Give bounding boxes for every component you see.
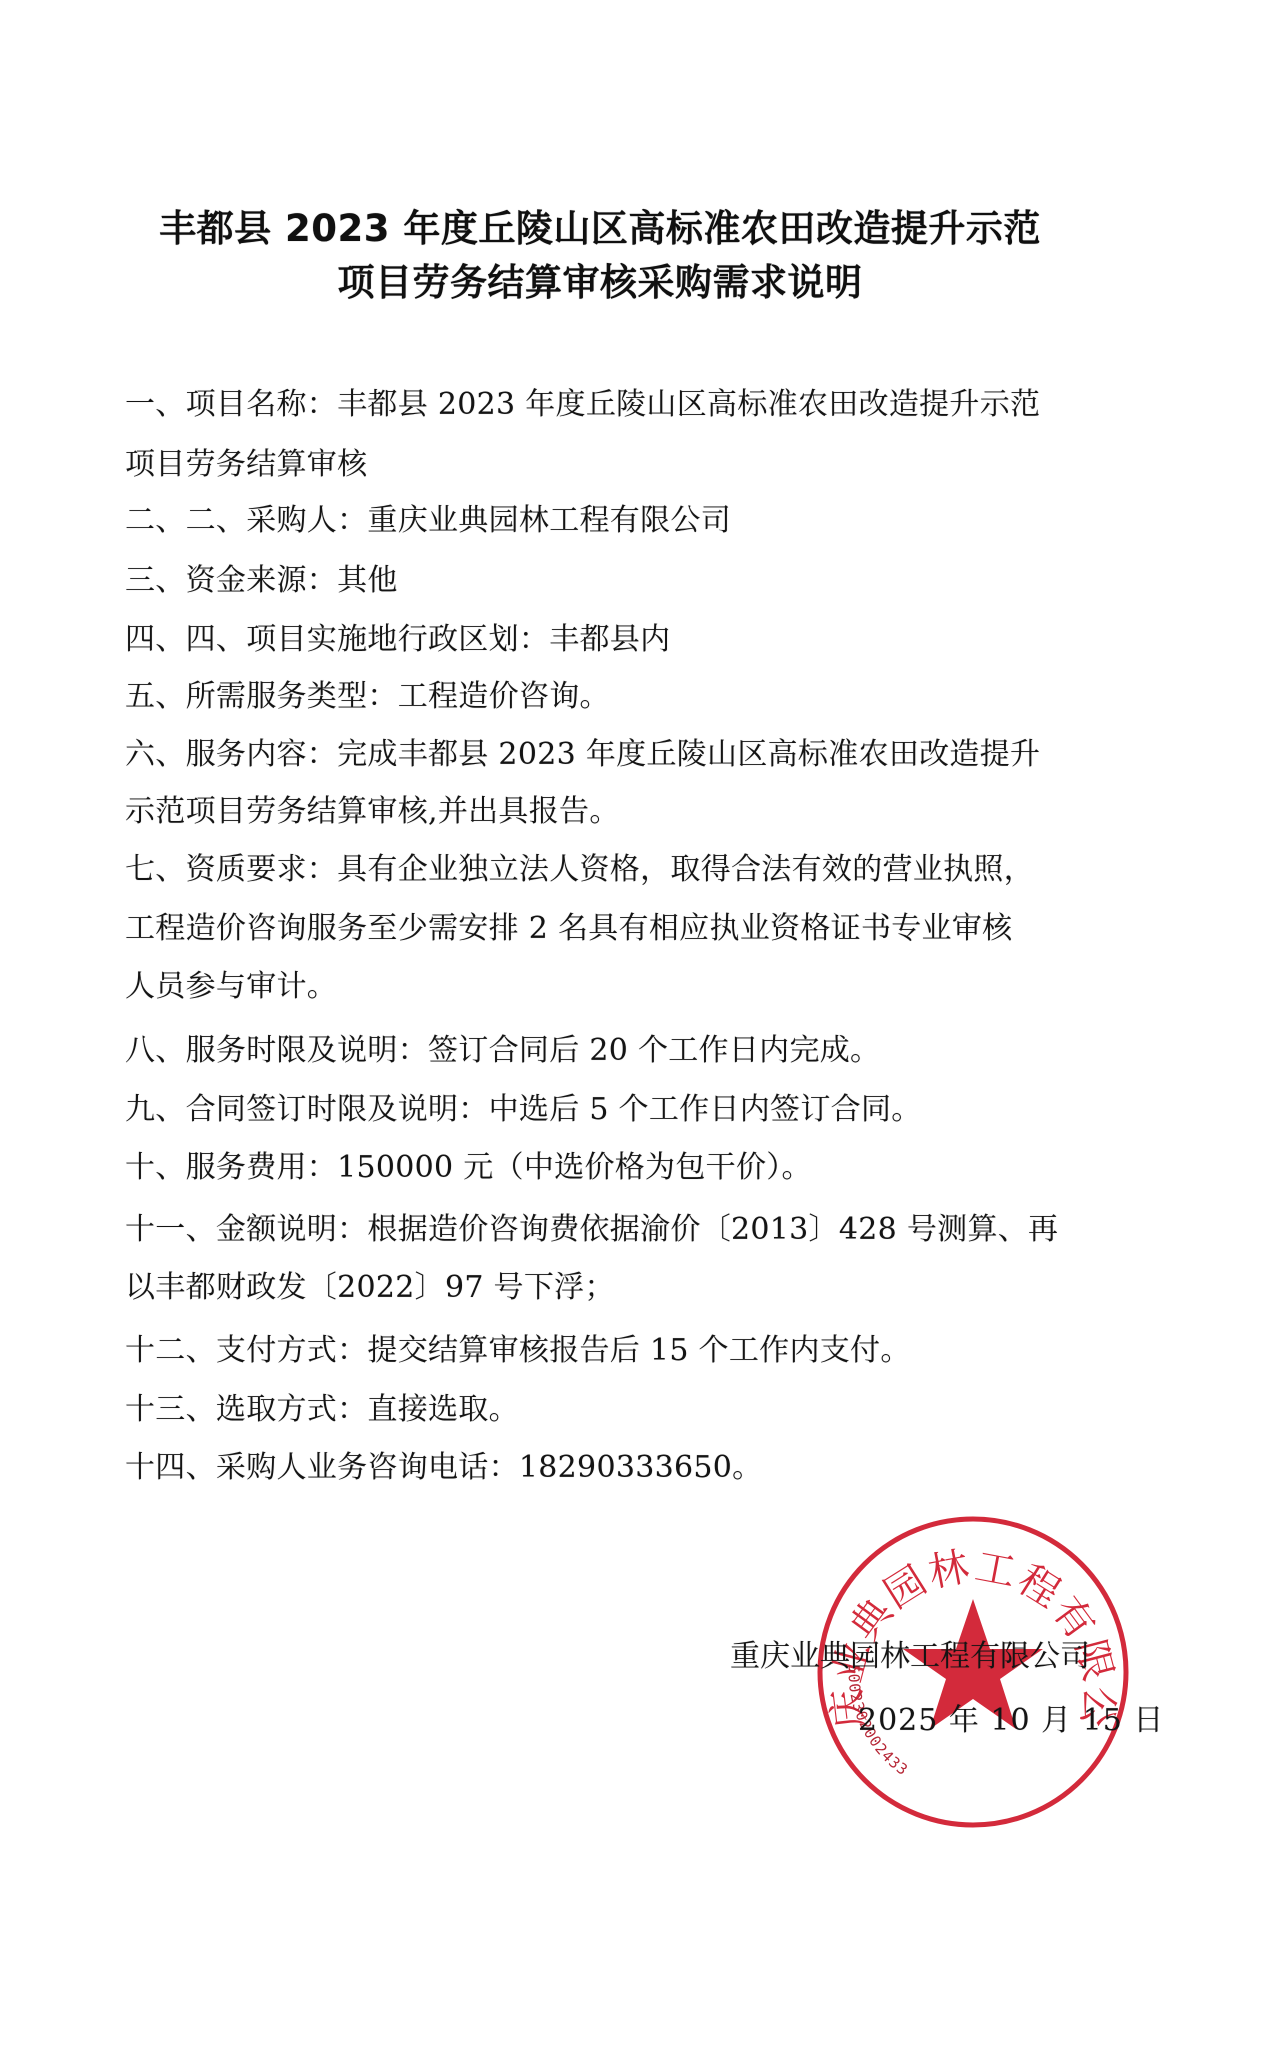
item-6-service-content-cont: 示范项目劳务结算审核,并出具报告。	[125, 797, 620, 827]
item-12-payment-method: 十二、支付方式：提交结算审核报告后 15 个工作内支付。	[125, 1336, 911, 1366]
signature-company: 重庆业典园林工程有限公司	[730, 1642, 1090, 1672]
item-14-contact-phone: 十四、采购人业务咨询电话：18290333650。	[125, 1453, 762, 1483]
item-6-service-content: 六、服务内容：完成丰都县 2023 年度丘陵山区高标准农田改造提升	[125, 740, 1040, 770]
item-1-project-name-cont: 项目劳务结算审核	[125, 450, 367, 480]
item-10-service-fee: 十、服务费用：150000 元（中选价格为包干价）。	[125, 1153, 812, 1183]
item-3-fund-source: 三、资金来源：其他	[125, 566, 398, 596]
item-9-contract-period: 九、合同签订时限及说明：中选后 5 个工作日内签订合同。	[125, 1095, 922, 1125]
item-7-qualification-cont-1: 工程造价咨询服务至少需安排 2 名具有相应执业资格证书专业审核	[125, 914, 1012, 944]
item-2-purchaser: 二、二、采购人：重庆业典园林工程有限公司	[125, 506, 731, 536]
document-title-line-1: 丰都县 2023 年度丘陵山区高标准农田改造提升示范	[100, 210, 1100, 247]
document-page: 丰都县 2023 年度丘陵山区高标准农田改造提升示范 项目劳务结算审核采购需求说…	[0, 0, 1279, 2068]
item-8-service-period: 八、服务时限及说明：签订合同后 20 个工作日内完成。	[125, 1036, 880, 1066]
item-11-amount-note-cont: 以丰都财政发〔2022〕97 号下浮；	[125, 1273, 615, 1303]
item-1-project-name: 一、项目名称：丰都县 2023 年度丘陵山区高标准农田改造提升示范	[125, 390, 1040, 420]
item-5-service-type: 五、所需服务类型：工程造价咨询。	[125, 682, 610, 712]
item-13-selection-method: 十三、选取方式：直接选取。	[125, 1395, 519, 1425]
item-11-amount-note: 十一、金额说明：根据造价咨询费依据渝价〔2013〕428 号测算、再	[125, 1215, 1058, 1245]
item-4-region: 四、四、项目实施地行政区划：丰都县内	[125, 625, 670, 655]
signature-date: 2025 年 10 月 15 日	[858, 1706, 1164, 1736]
item-7-qualification: 七、资质要求：具有企业独立法人资格，取得合法有效的营业执照，	[125, 855, 1034, 885]
item-7-qualification-cont-2: 人员参与审计。	[125, 972, 337, 1002]
document-title-line-2: 项目劳务结算审核采购需求说明	[100, 264, 1100, 301]
